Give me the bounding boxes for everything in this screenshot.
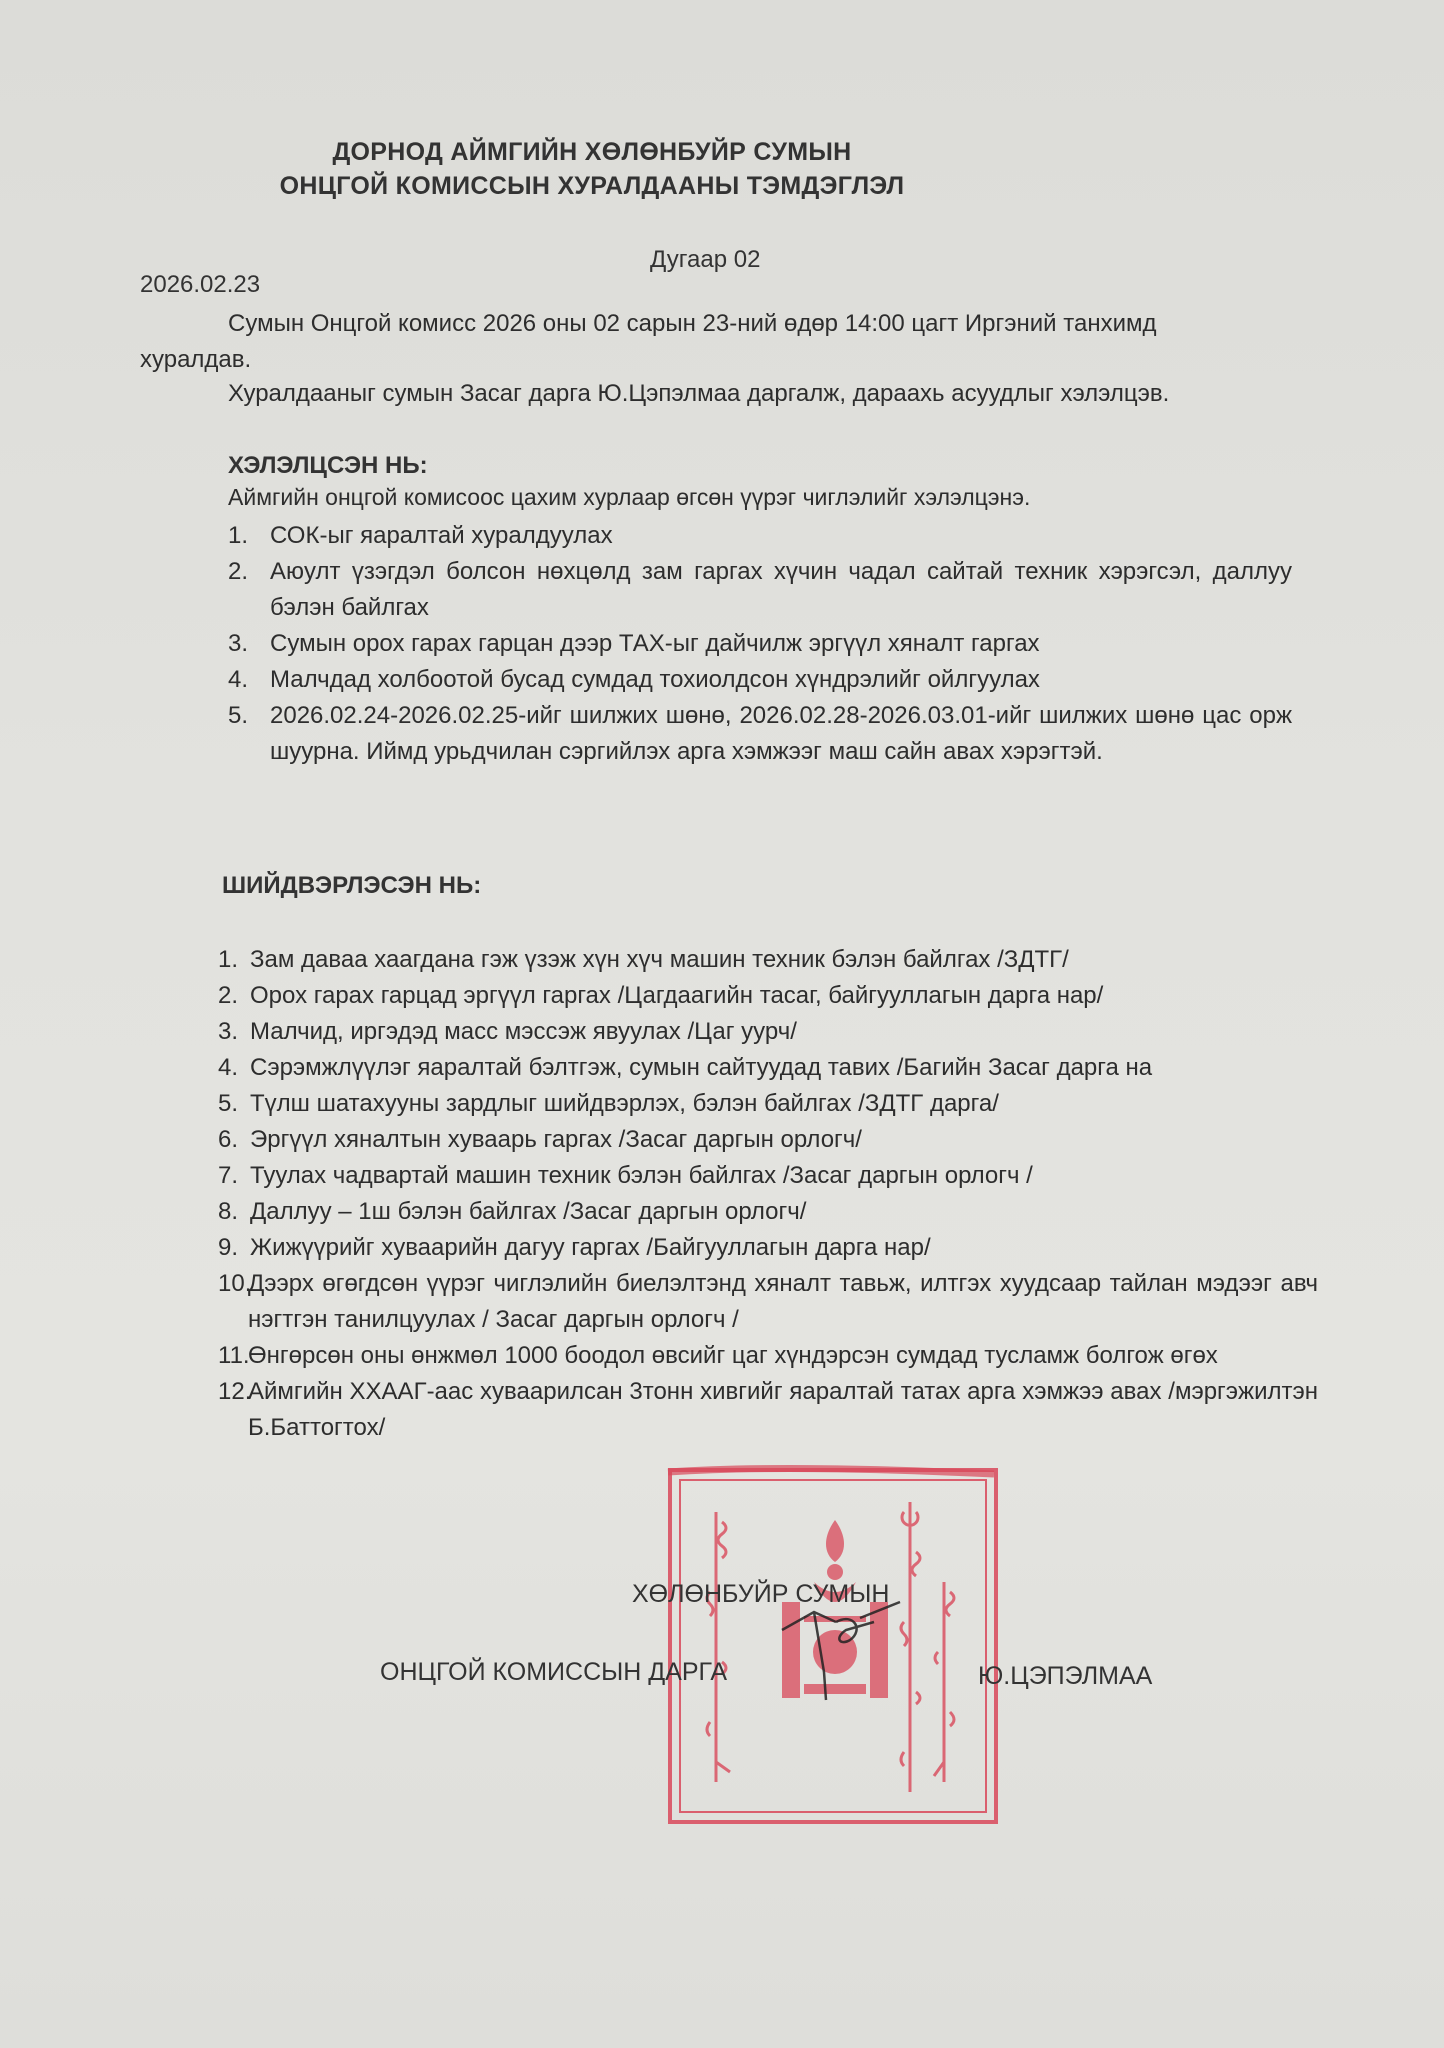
list-item-number: 7. (218, 1158, 238, 1194)
list-item: 11.Өнгөрсөн оны өнжмөл 1000 боодол өвсий… (218, 1338, 1318, 1374)
list-item: 1.Зам даваа хаагдана гэж үзэж хүн хүч ма… (218, 942, 1318, 978)
intro-paragraph: Сумын Онцгой комисс 2026 оны 02 сарын 23… (228, 306, 1157, 342)
list-item-number: 9. (218, 1230, 238, 1266)
decided-list: 1.Зам даваа хаагдана гэж үзэж хүн хүч ма… (218, 942, 1318, 1446)
discussed-list: 1.СОК-ыг яаралтай хуралдуулах2.Аюулт үзэ… (228, 518, 1292, 770)
list-item: 5.Түлш шатахууны зардлыг шийдвэрлэх, бэл… (218, 1086, 1318, 1122)
list-item-number: 5. (218, 1086, 238, 1122)
list-item: 8.Даллуу – 1ш бэлэн байлгах /Засаг даргы… (218, 1194, 1318, 1230)
list-item-number: 10. (218, 1266, 251, 1302)
chair-paragraph: Хуралдааныг сумын Засаг дарга Ю.Цэпэлмаа… (228, 376, 1169, 412)
list-item-text: Даллуу – 1ш бэлэн байлгах /Засаг даргын … (250, 1198, 806, 1225)
list-item-number: 12. (218, 1374, 251, 1410)
list-item: 10.Дээрх өгөгдсөн үүрэг чиглэлийн биелэл… (218, 1266, 1318, 1338)
list-item-number: 2. (228, 554, 248, 590)
list-item-number: 1. (218, 942, 238, 978)
list-item-text: Орох гарах гарцад эргүүл гаргах /Цагдааг… (250, 982, 1103, 1009)
document-date: 2026.02.23 (140, 271, 260, 299)
list-item: 6.Эргүүл хяналтын хуваарь гаргах /Засаг … (218, 1122, 1318, 1158)
list-item-text: Сэрэмжлүүлэг яаралтай бэлтгэж, сумын сай… (250, 1054, 1152, 1081)
list-item: 4.Малчдад холбоотой бусад сумдад тохиолд… (228, 662, 1292, 698)
list-item-text: СОК-ыг яаралтай хуралдуулах (270, 522, 613, 549)
list-item-number: 5. (228, 698, 248, 734)
list-item: 5.2026.02.24-2026.02.25-ийг шилжих шөнө,… (228, 698, 1292, 770)
list-item: 4.Сэрэмжлүүлэг яаралтай бэлтгэж, сумын с… (218, 1050, 1318, 1086)
title-line-2: ОНЦГОЙ КОМИССЫН ХУРАЛДААНЫ ТЭМДЭГЛЭЛ (0, 172, 1314, 201)
list-item-number: 4. (228, 662, 248, 698)
list-item-number: 2. (218, 978, 238, 1014)
list-item-text: Дээрх өгөгдсөн үүрэг чиглэлийн биелэлтэн… (248, 1270, 1318, 1333)
decided-heading: ШИЙДВЭРЛЭСЭН НЬ: (222, 872, 481, 900)
document-number: Дугаар 02 (650, 246, 760, 274)
list-item-number: 6. (218, 1122, 238, 1158)
list-item-text: Малчдад холбоотой бусад сумдад тохиолдсо… (270, 666, 1040, 693)
list-item-number: 4. (218, 1050, 238, 1086)
list-item-text: 2026.02.24-2026.02.25-ийг шилжих шөнө, 2… (270, 702, 1292, 765)
list-item-text: Эргүүл хяналтын хуваарь гаргах /Засаг да… (250, 1126, 862, 1153)
list-item-text: Сумын орох гарах гарцан дээр ТАХ-ыг дайч… (270, 630, 1040, 657)
official-seal-stamp (664, 1462, 1004, 1830)
list-item-text: Өнгөрсөн оны өнжмөл 1000 боодол өвсийг ц… (248, 1342, 1218, 1369)
signature-org-line: ХӨЛӨНБУЙР СУМЫН (632, 1580, 889, 1609)
signature-role: ОНЦГОЙ КОМИССЫН ДАРГА (380, 1658, 727, 1687)
list-item: 3.Малчид, иргэдэд масс мэссэж явуулах /Ц… (218, 1014, 1318, 1050)
discussed-intro: Аймгийн онцгой комисоос цахим хурлаар өг… (228, 484, 1030, 511)
list-item: 2.Аюулт үзэгдэл болсон нөхцөлд зам гарга… (228, 554, 1292, 626)
list-item-text: Аймгийн ХХААГ-аас хуваарилсан 3тонн хивг… (248, 1378, 1318, 1441)
list-item-text: Малчид, иргэдэд масс мэссэж явуулах /Цаг… (250, 1018, 797, 1045)
list-item-number: 8. (218, 1194, 238, 1230)
list-item: 9.Жижүүрийг хуваарийн дагуу гаргах /Байг… (218, 1230, 1318, 1266)
list-item-text: Туулах чадвартай машин техник бэлэн байл… (250, 1162, 1033, 1189)
list-item: 7.Туулах чадвартай машин техник бэлэн ба… (218, 1158, 1318, 1194)
title-line-1: ДОРНОД АЙМГИЙН ХӨЛӨНБУЙР СУМЫН (0, 138, 1314, 167)
signature-name: Ю.ЦЭПЭЛМАА (978, 1662, 1152, 1691)
list-item-text: Зам даваа хаагдана гэж үзэж хүн хүч маши… (250, 946, 1069, 973)
list-item-text: Түлш шатахууны зардлыг шийдвэрлэх, бэлэн… (250, 1090, 999, 1117)
discussed-heading: ХЭЛЭЛЦСЭН НЬ: (228, 452, 428, 480)
list-item-text: Жижүүрийг хуваарийн дагуу гаргах /Байгуу… (250, 1234, 931, 1261)
document-page: ДОРНОД АЙМГИЙН ХӨЛӨНБУЙР СУМЫН ОНЦГОЙ КО… (0, 0, 1444, 2048)
list-item: 2.Орох гарах гарцад эргүүл гаргах /Цагда… (218, 978, 1318, 1014)
list-item-text: Аюулт үзэгдэл болсон нөхцөлд зам гаргах … (270, 558, 1292, 621)
intro-paragraph-cont: хуралдав. (140, 342, 251, 378)
list-item: 3.Сумын орох гарах гарцан дээр ТАХ-ыг да… (228, 626, 1292, 662)
list-item-number: 11. (218, 1338, 250, 1374)
list-item: 1.СОК-ыг яаралтай хуралдуулах (228, 518, 1292, 554)
list-item-number: 3. (218, 1014, 238, 1050)
list-item-number: 3. (228, 626, 248, 662)
list-item-number: 1. (228, 518, 248, 554)
list-item: 12.Аймгийн ХХААГ-аас хуваарилсан 3тонн х… (218, 1374, 1318, 1446)
